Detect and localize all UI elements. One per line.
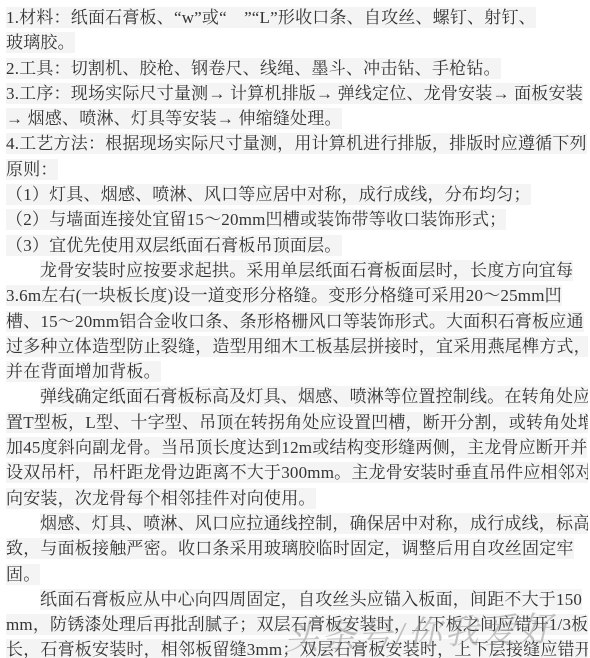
text-line-content: 1.材料：纸面石膏板、“w”或“ ”“L”形收口条、自攻丝、螺钉、射钉、	[6, 7, 536, 28]
text-line-content: 并在背面增加背板。	[6, 361, 161, 382]
text-line: 槽、15～20mm铝合金收口条、条形格栅风口等装饰形式。大面积石膏板应通	[6, 309, 588, 334]
text-line-content: （1）灯具、烟感、喷淋、风口等应居中对称，成行成线，分布均匀；	[6, 184, 531, 205]
text-line: 弹线确定纸面石膏板标高及灯具、烟感、喷淋等位置控制线。在转角处应设	[6, 384, 588, 409]
text-line-content: 置T型板，L型、十字型、吊顶在转拐角处应设置凹槽，断开分割，或转角处增	[6, 412, 588, 433]
text-line: 纸面石膏板应从中心向四周固定，自攻丝头应锚入板面，间距不大于150	[6, 587, 588, 612]
text-line: 过多种立体造型防止裂缝，造型用细木工板基层拼接时，宜采用燕尾榫方式，	[6, 334, 588, 359]
text-line-content: 加45度斜向副龙骨。当吊顶长度达到12m或结构变形缝两侧，主龙骨应断开并	[6, 437, 587, 458]
text-line: 长，石膏板安装时，相邻板留缝3mm；双层石膏板安装时，上下层接缝应错开	[6, 637, 588, 658]
text-line: 加45度斜向副龙骨。当吊顶长度达到12m或结构变形缝两侧，主龙骨应断开并	[6, 435, 588, 460]
text-line: 玻璃胶。	[6, 30, 588, 55]
text-line-content: （3）宜优先使用双层纸面石膏板吊顶面层。	[6, 235, 342, 256]
article-body: 1.材料：纸面石膏板、“w”或“ ”“L”形收口条、自攻丝、螺钉、射钉、 玻璃胶…	[6, 5, 588, 658]
text-line: 4.工艺方法：根据现场实际尺寸量测，用计算机进行排版，排版时应遵循下列	[6, 131, 588, 156]
text-line: （1）灯具、烟感、喷淋、风口等应居中对称，成行成线，分布均匀；	[6, 182, 588, 207]
text-line: 向安装，次龙骨每个相邻挂件对向使用。	[6, 486, 588, 511]
text-line-content: 原则：	[6, 159, 58, 180]
text-line-content: mm，防锈漆处理后再批刮腻子；双层石膏板安装时，上下板之间应错开1/3板	[6, 614, 588, 635]
text-line-content: 过多种立体造型防止裂缝，造型用细木工板基层拼接时，宜采用燕尾榫方式，	[6, 336, 588, 357]
text-line-content: 龙骨安装时应按要求起拱。采用单层纸面石膏板面层时，长度方向宜每	[40, 260, 573, 281]
text-line-content: → 烟感、喷淋、灯具等安装→ 伸缩缝处理。	[6, 108, 342, 129]
text-line-content: 致，与面板接触严密。收口条采用玻璃胶临时固定，调整后用自攻丝固定牢	[6, 538, 574, 559]
text-line-content: 固。	[6, 564, 40, 585]
text-line-content: 纸面石膏板应从中心向四周固定，自攻丝头应锚入板面，间距不大于150	[40, 589, 582, 610]
text-line: （3）宜优先使用双层纸面石膏板吊顶面层。	[6, 233, 588, 258]
text-line-content: 槽、15～20mm铝合金收口条、条形格栅风口等装饰形式。大面积石膏板应通	[6, 311, 584, 332]
text-line: 设双吊杆，吊杆距龙骨边距离不大于300mm。主龙骨安装时垂直吊件应相邻对	[6, 460, 588, 485]
text-line-content: 3.6m左右(一块板长度)设一道变形分格缝。变形分格缝可采用20～25mm凹	[6, 285, 562, 306]
text-line-content: 烟感、灯具、喷淋、风口应拉通线控制，确保居中对称，成行成线，标高一	[40, 513, 588, 534]
text-line: （2）与墙面连接处宜留15～20mm凹槽或装饰带等收口装饰形式；	[6, 207, 588, 232]
text-line-content: （2）与墙面连接处宜留15～20mm凹槽或装饰带等收口装饰形式；	[6, 209, 506, 230]
text-line: 3.6m左右(一块板长度)设一道变形分格缝。变形分格缝可采用20～25mm凹	[6, 283, 588, 308]
text-line-content: 2.工具：切割机、胶枪、钢卷尺、线绳、墨斗、冲击钻、手枪钻。	[6, 58, 501, 79]
text-line: 龙骨安装时应按要求起拱。采用单层纸面石膏板面层时，长度方向宜每	[6, 258, 588, 283]
text-line-content: 4.工艺方法：根据现场实际尺寸量测，用计算机进行排版，排版时应遵循下列	[6, 133, 587, 154]
text-line: 原则：	[6, 157, 588, 182]
text-line: 2.工具：切割机、胶枪、钢卷尺、线绳、墨斗、冲击钻、手枪钻。	[6, 56, 588, 81]
text-line: 烟感、灯具、喷淋、风口应拉通线控制，确保居中对称，成行成线，标高一	[6, 511, 588, 536]
text-line-content: 3.工序：现场实际尺寸量测→ 计算机排版→ 弹线定位、龙骨安装→ 面板安装	[6, 83, 583, 104]
text-line: mm，防锈漆处理后再批刮腻子；双层石膏板安装时，上下板之间应错开1/3板	[6, 612, 588, 637]
text-line: 1.材料：纸面石膏板、“w”或“ ”“L”形收口条、自攻丝、螺钉、射钉、	[6, 5, 588, 30]
text-line-content: 设双吊杆，吊杆距龙骨边距离不大于300mm。主龙骨安装时垂直吊件应相邻对	[6, 462, 588, 483]
text-line: 并在背面增加背板。	[6, 359, 588, 384]
text-line: 3.工序：现场实际尺寸量测→ 计算机排版→ 弹线定位、龙骨安装→ 面板安装	[6, 81, 588, 106]
text-line: 致，与面板接触严密。收口条采用玻璃胶临时固定，调整后用自攻丝固定牢	[6, 536, 588, 561]
text-line: 固。	[6, 562, 588, 587]
text-line: → 烟感、喷淋、灯具等安装→ 伸缩缝处理。	[6, 106, 588, 131]
text-line: 置T型板，L型、十字型、吊顶在转拐角处应设置凹槽，断开分割，或转角处增	[6, 410, 588, 435]
text-line-content: 弹线确定纸面石膏板标高及灯具、烟感、喷淋等位置控制线。在转角处应设	[40, 386, 588, 407]
text-line-content: 向安装，次龙骨每个相邻挂件对向使用。	[6, 488, 316, 509]
text-line-content: 长，石膏板安装时，相邻板留缝3mm；双层石膏板安装时，上下层接缝应错开	[6, 639, 588, 658]
text-line-content: 玻璃胶。	[6, 32, 75, 53]
